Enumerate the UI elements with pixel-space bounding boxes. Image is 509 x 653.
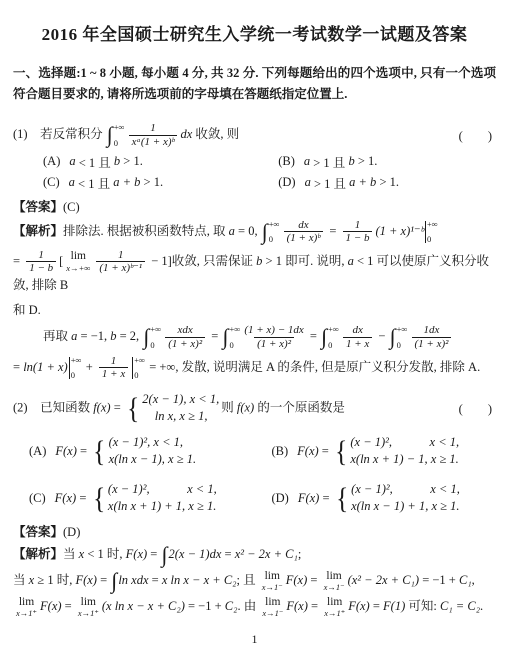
option-label: (A): [43, 154, 60, 169]
math-text: a + b: [349, 175, 376, 190]
math-text: F(1): [383, 599, 405, 613]
bar-line: [425, 221, 426, 243]
question-2-explanation: 【解析】当 x < 1 时, F(x) = ∫2(x − 1)dx = x² −…: [13, 544, 496, 618]
math-text: C₁ = C₂: [440, 599, 480, 613]
piecewise-function: {(x − 1)², x < 1,x(ln x + 1) − 1, x ≥ 1.: [334, 434, 459, 469]
upper-limit: +∞: [427, 220, 438, 229]
piecewise-rows: (x − 1)², x < 1,x(ln x + 1) − 1, x ≥ 1.: [350, 434, 459, 469]
upper-limit: +∞: [397, 325, 408, 334]
text: . 由: [237, 599, 259, 613]
math-text: C₁: [459, 573, 472, 587]
math-text: F(x): [75, 573, 97, 587]
denominator: 1 + x: [99, 367, 128, 381]
text: − 1]收敛, 只需保证: [148, 254, 256, 268]
option-body: a > 1 且 b > 1.: [304, 153, 378, 171]
text: > 1.: [376, 175, 399, 190]
math-text: dx: [180, 127, 192, 141]
math-text: ln(1 + x): [23, 360, 68, 374]
limit-subscript: x→1⁻: [324, 583, 345, 592]
piecewise-row: (x − 1)², x < 1,: [108, 481, 217, 499]
answer-value: (D): [63, 525, 80, 539]
math-text: F(x): [297, 444, 319, 459]
page-title: 2016 年全国硕士研究生入学统一考试数学一试题及答案: [13, 20, 496, 45]
formula-line: 和 D.: [13, 300, 496, 321]
question-1-explanation: 【解析】排除法. 根据被积函数特点, 取 a = 0, ∫+∞0dx(1 + x…: [13, 219, 496, 381]
text: < 1 且: [76, 153, 114, 171]
left-brace: {: [335, 438, 347, 465]
text: =: [149, 573, 162, 587]
numerator: dx: [352, 324, 362, 337]
fraction: 1xᵃ(1 + x)ᵇ: [129, 122, 178, 148]
limit-subscript: x→+∞: [66, 264, 90, 273]
text: 再取: [43, 329, 71, 343]
evaluation-bar: +∞0: [425, 220, 438, 244]
numerator: 1: [111, 355, 117, 368]
question-2-answer-line: 【答案】(D): [13, 522, 496, 540]
text: .: [480, 599, 483, 613]
numerator: 1dx: [424, 324, 440, 337]
integral: ∫+∞0: [262, 220, 280, 244]
text: =: [111, 400, 124, 414]
label-text: 【解析】: [13, 547, 63, 561]
limit-word: lim: [265, 597, 280, 609]
math-text: 2(x − 1)dx: [169, 547, 222, 561]
math-text: x ln x − x + C₂: [162, 573, 237, 587]
integral-limits: +∞0: [397, 325, 408, 349]
piecewise-row: ln x, x ≥ 1,: [142, 408, 207, 426]
numerator: (1 + x) − 1dx: [244, 324, 303, 337]
text: 当: [13, 573, 29, 587]
left-brace: {: [93, 438, 105, 465]
fraction: 11 − b: [26, 249, 56, 275]
limit: limx→1⁺: [16, 597, 37, 618]
text: =: [77, 444, 90, 459]
piecewise-row: (x − 1)², x < 1,: [109, 434, 183, 452]
integral: ∫+∞0: [143, 325, 161, 349]
bar-limits: +∞0: [71, 356, 82, 380]
limit-subscript: x→1⁻: [262, 609, 283, 618]
text: = +∞, 发散, 说明满足 A 的条件, 但是原广义积分发散, 排除 A.: [146, 360, 480, 374]
limit-word: lim: [326, 571, 341, 583]
section-instructions: 一、选择题:1 ~ 8 小题, 每小题 4 分, 共 32 分. 下列每题给出的…: [13, 63, 496, 104]
limit-word: lim: [265, 571, 280, 583]
limit: limx→1⁻: [262, 597, 283, 618]
text: (2) 已知函数: [13, 400, 93, 414]
question-2-stem-text: (2) 已知函数 f(x) = {2(x − 1), x < 1, ln x, …: [13, 391, 459, 426]
text: < 1 且: [75, 174, 113, 192]
limit-subscript: x→1⁺: [324, 609, 345, 618]
text: =: [208, 329, 221, 343]
option-label: (A): [29, 444, 46, 459]
denominator: (1 + x)²: [412, 337, 452, 351]
option-body: F(x) = {(x − 1)², x < 1,x(ln x + 1) + 1,…: [55, 481, 219, 516]
answer-label: 【答案】: [13, 200, 63, 214]
integral: ∫+∞0: [390, 325, 408, 349]
question-2: (2) 已知函数 f(x) = {2(x − 1), x < 1, ln x, …: [13, 387, 496, 622]
fraction: (1 + x) − 1dx(1 + x)²: [244, 324, 303, 350]
text: > 1.: [120, 154, 143, 169]
text: [: [59, 254, 63, 268]
math-text: F(x): [55, 491, 77, 506]
question-1-answer-line: 【答案】(C): [13, 197, 496, 215]
text: = 2,: [117, 329, 143, 343]
piecewise-row: x(ln x − 1) + 1, x ≥ 1.: [351, 498, 459, 516]
text: ;: [298, 547, 301, 561]
option-body: a < 1 且 a + b > 1.: [69, 174, 163, 192]
option-body: F(x) = {(x − 1)², x < 1,x(ln x − 1), x ≥…: [55, 434, 198, 469]
math-text: x² − 2x + C₁: [235, 547, 298, 561]
numerator: 1: [150, 122, 156, 135]
piecewise-function: {(x − 1)², x < 1,x(ln x + 1) + 1, x ≥ 1.: [92, 481, 217, 516]
text: 可知:: [405, 599, 440, 613]
text: 则: [221, 400, 237, 414]
option-c: (C)F(x) = {(x − 1)², x < 1,x(ln x + 1) +…: [29, 481, 271, 516]
option-label: (C): [29, 491, 46, 506]
math-text: F(x): [348, 599, 370, 613]
upper-limit: +∞: [328, 325, 339, 334]
option-label: (B): [271, 444, 288, 459]
text: ,: [472, 573, 475, 587]
integral-sign: ∫: [111, 570, 117, 592]
fraction: xdx(1 + x)²: [165, 324, 205, 350]
text: =: [307, 573, 320, 587]
question-1-answer-bracket: ( ): [459, 126, 496, 144]
limit-word: lim: [81, 597, 96, 609]
integral-sign: ∫: [143, 326, 149, 348]
text: 的一个原函数是: [254, 400, 345, 414]
option-d: (D)F(x) = {(x − 1)², x < 1,x(ln x − 1) +…: [271, 481, 496, 516]
integral-sign: ∫: [262, 221, 268, 243]
option-label: (B): [278, 154, 295, 169]
option-d: (D)a > 1 且 a + b > 1.: [278, 174, 496, 192]
bar-limits: +∞0: [134, 356, 145, 380]
lower-limit: 0: [229, 341, 240, 350]
piecewise-rows: (x − 1)², x < 1,x(ln x + 1) + 1, x ≥ 1.: [108, 481, 217, 516]
integral-limits: +∞0: [328, 325, 339, 349]
bar-line: [132, 357, 133, 379]
question-1-stem: (1) 若反常积分 ∫+∞01xᵃ(1 + x)ᵇdx 收敛, 则 ( ): [13, 122, 496, 148]
denominator: 1 − b: [26, 261, 56, 275]
text: 收敛, 则: [192, 127, 239, 141]
text: > 1.: [355, 154, 378, 169]
denominator: (1 + x)ᵇ⁻¹: [96, 261, 145, 275]
integral: ∫+∞0: [321, 325, 339, 349]
upper-limit: +∞: [71, 356, 82, 365]
bar-line: [69, 357, 70, 379]
text: = 0,: [235, 224, 261, 238]
integral-sign: ∫: [321, 326, 327, 348]
text: = −1 +: [185, 599, 225, 613]
integral: ∫+∞0: [222, 325, 240, 349]
limit-word: lim: [19, 597, 34, 609]
formula-line: 【解析】排除法. 根据被积函数特点, 取 a = 0, ∫+∞0dx(1 + x…: [13, 219, 496, 245]
option-label: (C): [43, 175, 60, 190]
left-brace: {: [93, 485, 105, 512]
text: (1) 若反常积分: [13, 127, 106, 141]
denominator: 1 + x: [343, 337, 372, 351]
text: =: [76, 491, 89, 506]
option-label: (D): [278, 175, 295, 190]
option-b: (B)a > 1 且 b > 1.: [278, 153, 496, 171]
upper-limit: +∞: [134, 356, 145, 365]
numerator: 1: [355, 219, 361, 232]
text: > 1 且: [311, 174, 349, 192]
piecewise-rows: (x − 1)², x < 1,x(ln x − 1) + 1, x ≥ 1.: [351, 481, 460, 516]
option-body: a > 1 且 a + b > 1.: [305, 174, 399, 192]
left-brace: {: [336, 485, 348, 512]
text: > 1 即可. 说明,: [262, 254, 347, 268]
math-text: C₂: [225, 599, 238, 613]
denominator: 1 − b: [343, 231, 373, 245]
denominator: (1 + x)²: [165, 337, 205, 351]
piecewise-row: x(ln x − 1), x ≥ 1.: [109, 451, 197, 469]
piecewise-row: (x − 1)², x < 1,: [351, 481, 460, 499]
fraction: 1(1 + x)ᵇ⁻¹: [96, 249, 145, 275]
text: =: [97, 573, 110, 587]
lower-limit: 0: [328, 341, 339, 350]
formula-line: 【解析】当 x < 1 时, F(x) = ∫2(x − 1)dx = x² −…: [13, 544, 496, 566]
page-number: 1: [13, 632, 496, 649]
text: =: [307, 329, 320, 343]
math-text: f(x): [93, 400, 110, 414]
label-text: 【解析】: [13, 224, 63, 238]
answer-label: 【答案】: [13, 525, 63, 539]
lower-limit: 0: [134, 371, 145, 380]
text: > 1.: [140, 175, 163, 190]
piecewise-row: x(ln x + 1) + 1, x ≥ 1.: [108, 498, 216, 516]
fraction: 1dx(1 + x)²: [412, 324, 452, 350]
text: > 1 且: [310, 153, 348, 171]
piecewise-rows: 2(x − 1), x < 1, ln x, x ≥ 1,: [142, 391, 219, 426]
text: +: [83, 360, 96, 374]
piecewise-function: {(x − 1)², x < 1,x(ln x − 1), x ≥ 1.: [92, 434, 196, 469]
limit: limx→1⁺: [78, 597, 99, 618]
fraction: dx(1 + x)ᵇ: [284, 219, 324, 245]
question-2-answer-bracket: ( ): [459, 399, 496, 417]
lower-limit: 0: [150, 341, 161, 350]
upper-limit: +∞: [229, 325, 240, 334]
option-a: (A)F(x) = {(x − 1)², x < 1,x(ln x − 1), …: [29, 434, 271, 469]
piecewise-row: x(ln x + 1) − 1, x ≥ 1.: [350, 451, 458, 469]
piecewise-rows: (x − 1)², x < 1,x(ln x − 1), x ≥ 1.: [109, 434, 197, 469]
lower-limit: 0: [71, 371, 82, 380]
question-2-stem: (2) 已知函数 f(x) = {2(x − 1), x < 1, ln x, …: [13, 391, 496, 426]
text: =: [62, 599, 75, 613]
text: 排除法. 根据被积函数特点, 取: [63, 224, 229, 238]
integral-limits: +∞0: [114, 123, 125, 147]
numerator: 1: [118, 249, 124, 262]
math-text: (x² − 2x + C₁): [348, 573, 419, 587]
text: =: [147, 547, 160, 561]
text: = −1,: [77, 329, 110, 343]
question-2-options: (A)F(x) = {(x − 1)², x < 1,x(ln x − 1), …: [13, 434, 496, 516]
formula-line: = 11 − b[limx→+∞1(1 + x)ᵇ⁻¹ − 1]收敛, 只需保证…: [13, 249, 496, 296]
text: =: [13, 360, 23, 374]
math-text: (x ln x − x + C₂): [102, 599, 185, 613]
formula-line: 当 x ≥ 1 时, F(x) = ∫ln xdx = x ln x − x +…: [13, 570, 496, 592]
limit: limx→1⁻: [324, 571, 345, 592]
text: < 1 时,: [84, 547, 125, 561]
limit-subscript: x→1⁻: [262, 583, 283, 592]
text: ; 且: [237, 573, 259, 587]
math-text: F(x): [55, 444, 77, 459]
text: =: [370, 599, 383, 613]
lower-limit: 0: [397, 341, 408, 350]
denominator: (1 + x)²: [254, 337, 294, 351]
question-1-stem-text: (1) 若反常积分 ∫+∞01xᵃ(1 + x)ᵇdx 收敛, 则: [13, 122, 459, 148]
math-text: F(x): [126, 547, 148, 561]
option-a: (A)a < 1 且 b > 1.: [43, 153, 278, 171]
formula-line: 再取 a = −1, b = 2, ∫+∞0xdx(1 + x)² = ∫+∞0…: [13, 324, 496, 350]
piecewise-row: 2(x − 1), x < 1,: [142, 391, 219, 409]
integral: ∫+∞0: [107, 123, 125, 147]
lower-limit: 0: [114, 139, 125, 148]
math-text: a + b: [113, 175, 140, 190]
text: =: [221, 547, 234, 561]
fraction: 11 + x: [99, 355, 128, 381]
limit: limx→1⁺: [324, 597, 345, 618]
option-body: F(x) = {(x − 1)², x < 1,x(ln x − 1) + 1,…: [298, 481, 462, 516]
math-text: F(x): [286, 573, 308, 587]
integral: ∫: [161, 544, 167, 566]
upper-limit: +∞: [150, 325, 161, 334]
evaluation-bar: +∞0: [132, 356, 145, 380]
numerator: xdx: [178, 324, 193, 337]
math-text: F(x): [40, 599, 62, 613]
lower-limit: 0: [427, 235, 438, 244]
upper-limit: +∞: [269, 220, 280, 229]
limit: limx→1⁻: [262, 571, 283, 592]
limit-word: lim: [71, 251, 86, 263]
limit-subscript: x→1⁺: [16, 609, 37, 618]
text: −: [375, 329, 388, 343]
integral-sign: ∫: [107, 124, 113, 146]
integral-limits: +∞0: [269, 220, 280, 244]
bar-limits: +∞0: [427, 220, 438, 244]
fraction: 11 − b: [343, 219, 373, 245]
piecewise-function: {(x − 1)², x < 1,x(ln x − 1) + 1, x ≥ 1.: [335, 481, 460, 516]
limit-subscript: x→1⁺: [78, 609, 99, 618]
option-label: (D): [271, 491, 288, 506]
text: =: [319, 491, 332, 506]
question-1-options: (A)a < 1 且 b > 1.(B)a > 1 且 b > 1.(C)a <…: [13, 153, 496, 192]
text: =: [13, 254, 23, 268]
option-c: (C)a < 1 且 a + b > 1.: [43, 174, 278, 192]
denominator: (1 + x)ᵇ: [284, 231, 324, 245]
text: 和 D.: [13, 303, 41, 317]
text: = −1 +: [419, 573, 459, 587]
text: =: [308, 599, 321, 613]
math-text: F(x): [286, 599, 308, 613]
piecewise-function: {2(x − 1), x < 1, ln x, x ≥ 1,: [126, 391, 219, 426]
math-text: F(x): [298, 491, 320, 506]
formula-line: limx→1⁺F(x) = limx→1⁺(x ln x − x + C₂) =…: [13, 596, 496, 618]
exam-page: 2016 年全国硕士研究生入学统一考试数学一试题及答案 一、选择题:1 ~ 8 …: [0, 0, 509, 653]
integral-sign: ∫: [161, 544, 167, 566]
answer-value: (C): [63, 200, 80, 214]
integral-limits: +∞0: [229, 325, 240, 349]
integral: ∫: [111, 570, 117, 592]
text: =: [326, 224, 339, 238]
formula-line: = ln(1 + x)+∞0 + 11 + x+∞0 = +∞, 发散, 说明满…: [13, 355, 496, 381]
math-text: f(x): [237, 400, 254, 414]
integral-sign: ∫: [390, 326, 396, 348]
integral-limits: +∞0: [150, 325, 161, 349]
limit: limx→+∞: [66, 251, 90, 272]
option-body: F(x) = {(x − 1)², x < 1,x(ln x + 1) − 1,…: [297, 434, 461, 469]
text: ≥ 1 时,: [34, 573, 75, 587]
limit-word: lim: [327, 597, 342, 609]
text: =: [319, 444, 332, 459]
left-brace: {: [127, 395, 139, 422]
lower-limit: 0: [269, 235, 280, 244]
upper-limit: +∞: [114, 123, 125, 132]
denominator: xᵃ(1 + x)ᵇ: [129, 135, 178, 149]
evaluation-bar: +∞0: [69, 356, 82, 380]
option-b: (B)F(x) = {(x − 1)², x < 1,x(ln x + 1) −…: [271, 434, 496, 469]
numerator: 1: [38, 249, 44, 262]
text: 当: [63, 547, 79, 561]
piecewise-row: (x − 1)², x < 1,: [350, 434, 459, 452]
question-1: (1) 若反常积分 ∫+∞01xᵃ(1 + x)ᵇdx 收敛, 则 ( ) (A…: [13, 118, 496, 385]
numerator: dx: [298, 219, 308, 232]
math-text: (1 + x)¹⁻ᵇ: [375, 224, 424, 238]
option-body: a < 1 且 b > 1.: [69, 153, 143, 171]
fraction: dx1 + x: [343, 324, 372, 350]
integral-sign: ∫: [222, 326, 228, 348]
math-text: ln xdx: [118, 573, 148, 587]
